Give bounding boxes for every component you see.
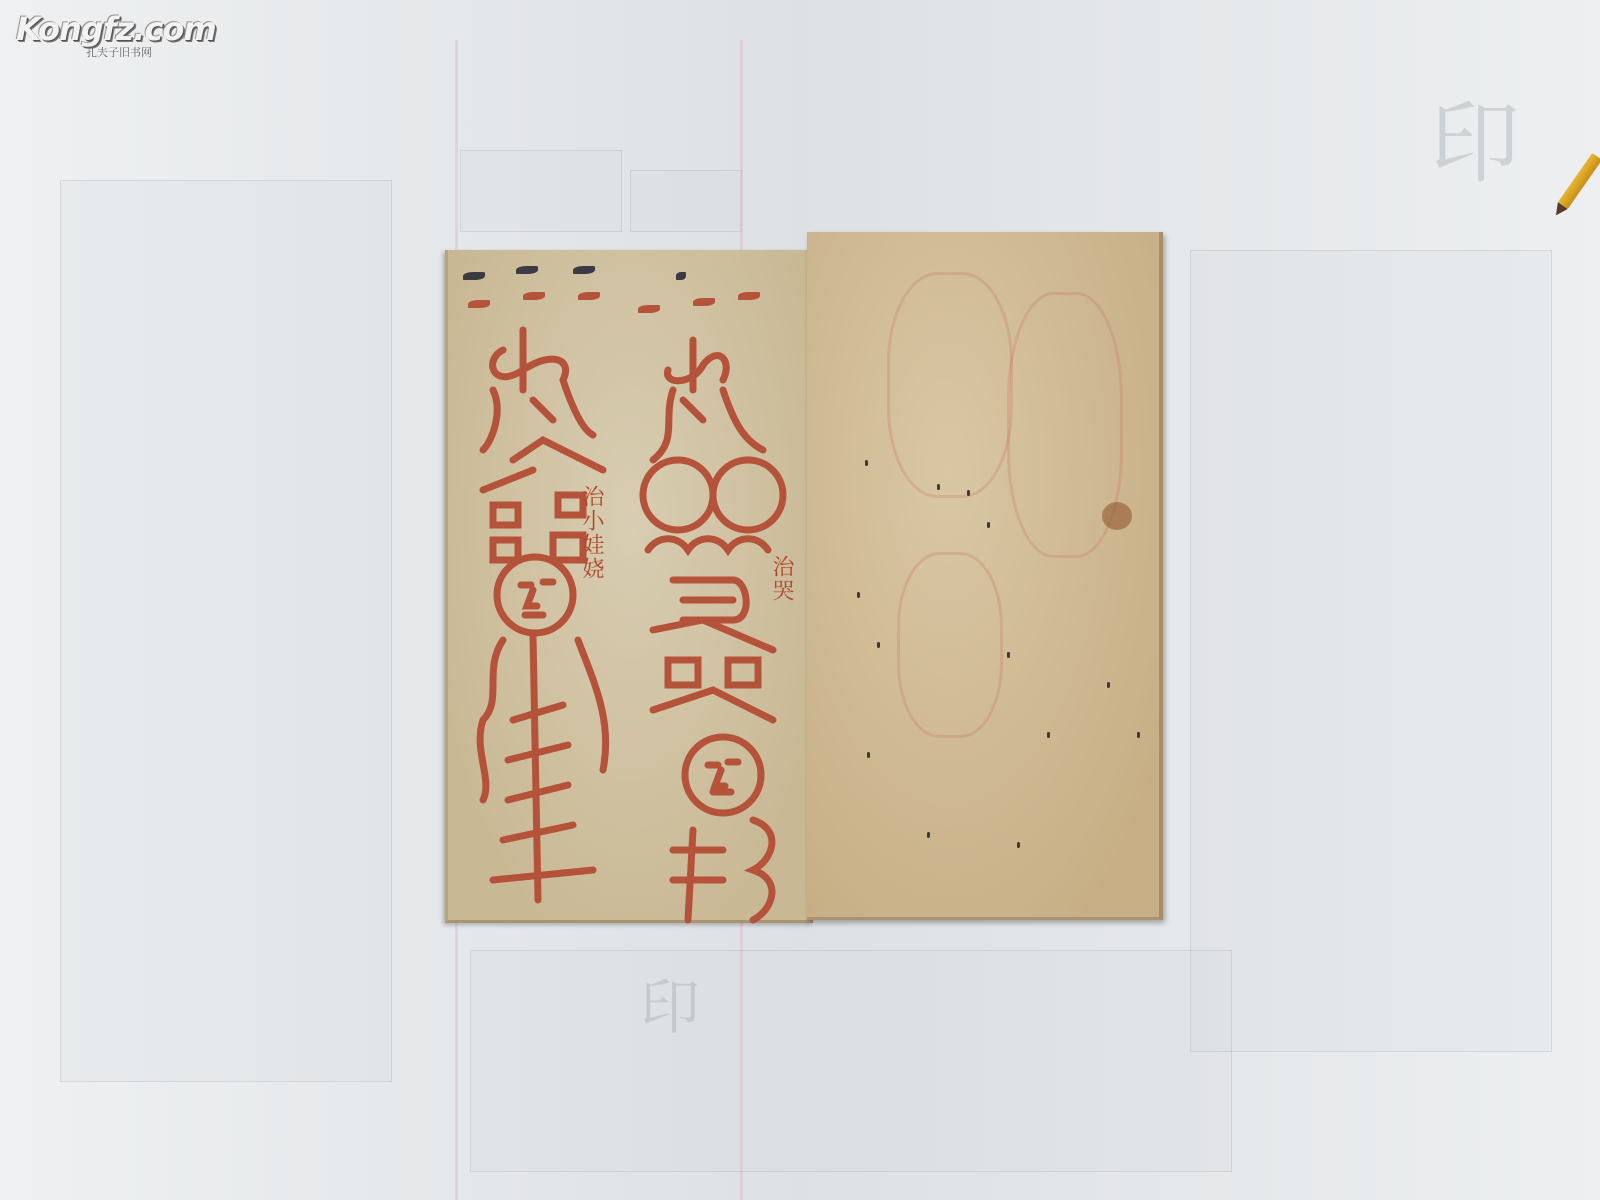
ink-speck bbox=[1017, 842, 1020, 848]
annotation-left: 治小娃娆 bbox=[576, 485, 607, 581]
watermark-logo: Kongfz.com bbox=[16, 10, 216, 48]
ink-speck bbox=[867, 752, 870, 758]
faded-seal: 印 bbox=[1430, 70, 1520, 200]
faded-print-block bbox=[470, 950, 1232, 1172]
ink-speck bbox=[877, 642, 880, 648]
ink-mark bbox=[738, 292, 760, 300]
ink-speck bbox=[1007, 652, 1010, 658]
ink-mark bbox=[516, 266, 538, 274]
left-page: 治小娃娆 治哭 bbox=[445, 250, 813, 923]
faded-print-block bbox=[460, 150, 622, 232]
stain bbox=[1102, 502, 1132, 530]
faded-seal: 印 bbox=[640, 960, 700, 1046]
ink-speck bbox=[1107, 682, 1110, 688]
ink-speck bbox=[967, 490, 970, 496]
faded-print-block bbox=[630, 170, 742, 232]
bleed-through bbox=[897, 552, 1003, 738]
talisman-left bbox=[463, 320, 623, 920]
ink-mark bbox=[463, 272, 485, 280]
ink-speck bbox=[987, 522, 990, 528]
ink-speck bbox=[857, 592, 860, 598]
ink-speck bbox=[927, 832, 930, 838]
ink-mark bbox=[523, 292, 545, 300]
ink-mark bbox=[573, 266, 595, 274]
ink-mark bbox=[693, 298, 715, 306]
ink-mark bbox=[468, 300, 490, 308]
annotation-right: 治哭 bbox=[766, 555, 797, 603]
faded-print-block bbox=[60, 180, 392, 1082]
ink-mark bbox=[578, 292, 600, 300]
bleed-through bbox=[887, 272, 1013, 498]
ink-speck bbox=[937, 484, 940, 490]
right-page bbox=[807, 232, 1163, 920]
talisman-right bbox=[633, 330, 803, 930]
watermark: Kongfz.com 孔夫子旧书网 bbox=[16, 10, 216, 60]
ink-mark bbox=[638, 305, 660, 313]
faded-print-block bbox=[1190, 250, 1552, 1052]
ink-speck bbox=[865, 460, 868, 466]
talisman-book: 治小娃娆 治哭 bbox=[445, 232, 1165, 922]
ink-mark bbox=[676, 272, 686, 280]
ink-speck bbox=[1047, 732, 1050, 738]
ink-speck bbox=[1137, 732, 1140, 738]
